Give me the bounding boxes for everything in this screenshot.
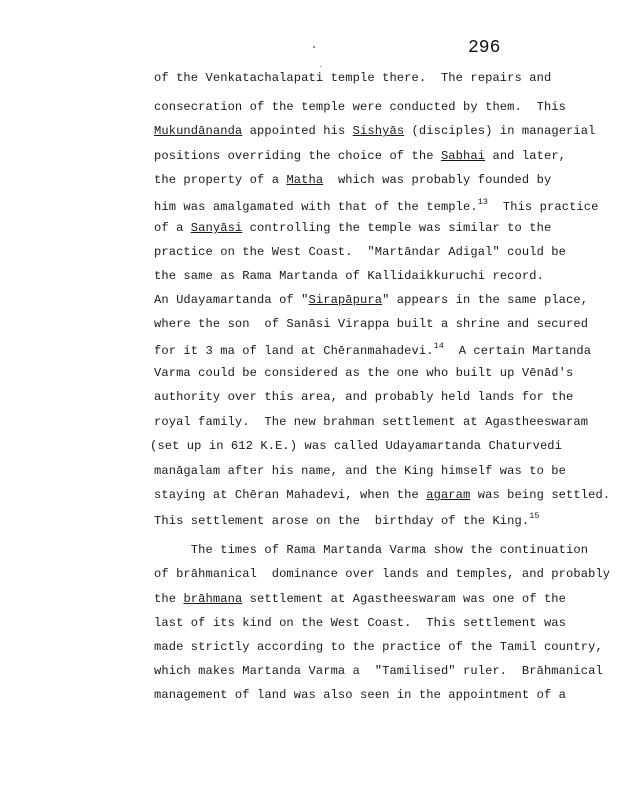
text-line: (set up in 612 K.E.) was called Udayamar…	[150, 439, 562, 453]
text-line: the same as Rama Martanda of Kallidaikku…	[154, 269, 544, 283]
text-line: consecration of the temple were conducte…	[154, 100, 566, 114]
text-segment: appointed his	[242, 124, 352, 138]
text-line: This settlement arose on the birthday of…	[154, 511, 540, 528]
text-line: made strictly according to the practice …	[154, 640, 603, 654]
text-segment: (disciples) in managerial	[404, 124, 595, 138]
term-sabhai: Sabhai	[441, 149, 485, 163]
text-segment: This practice	[488, 200, 598, 214]
paragraph-start-line: The times of Rama Martanda Varma show th…	[154, 543, 588, 557]
text-segment: " appears in the same place,	[382, 293, 588, 307]
text-line: him was amalgamated with that of the tem…	[154, 197, 599, 214]
text-segment: controlling the temple was similar to th…	[242, 221, 551, 235]
text-line: practice on the West Coast. "Martāndar A…	[154, 245, 566, 259]
text-segment: staying at Chēran Mahadevi, when the	[154, 488, 426, 502]
scan-speck	[320, 66, 321, 67]
footnote-ref-13: 13	[478, 197, 488, 207]
text-line: Mukundānanda appointed his Sishyās (disc…	[154, 124, 595, 138]
text-line: royal family. The new brahman settlement…	[154, 415, 588, 429]
text-line: the property of a Matha which was probab…	[154, 173, 551, 187]
text-line: of a Sanyāsi controlling the temple was …	[154, 221, 551, 235]
text-line: for it 3 ma of land at Chēranmahadevi.14…	[154, 341, 591, 358]
footnote-ref-14: 14	[434, 341, 444, 351]
text-segment: positions overriding the choice of the	[154, 149, 441, 163]
text-segment: for it 3 ma of land at Chēranmahadevi.	[154, 344, 434, 358]
text-segment: An Udayamartanda of "	[154, 293, 309, 307]
text-line: management of land was also seen in the …	[154, 688, 566, 702]
text-line: of brāhmanical dominance over lands and …	[154, 567, 610, 581]
text-segment: which was probably founded by	[323, 173, 551, 187]
text-segment: and later,	[485, 149, 566, 163]
text-segment: This settlement arose on the birthday of…	[154, 514, 529, 528]
term-sishyas: Sishyās	[353, 124, 405, 138]
term-brahmana: brāhmana	[183, 592, 242, 606]
scan-speck	[313, 46, 315, 48]
text-line: An Udayamartanda of "Sirapāpura" appears…	[154, 293, 588, 307]
page-number: 296	[468, 38, 500, 58]
text-line: the brāhmana settlement at Agastheeswara…	[154, 592, 566, 606]
text-line: which makes Martanda Varma a "Tamilised"…	[154, 664, 603, 678]
text-segment: the	[154, 592, 183, 606]
text-line: positions overriding the choice of the S…	[154, 149, 566, 163]
text-line: where the son of Sanāsi Virappa built a …	[154, 317, 588, 331]
term-sanyasi: Sanyāsi	[191, 221, 243, 235]
term-agaram: agaram	[426, 488, 470, 502]
text-segment: A certain Martanda	[444, 344, 591, 358]
text-segment: the property of a	[154, 173, 286, 187]
text-line: last of its kind on the West Coast. This…	[154, 616, 566, 630]
term-matha: Matha	[286, 173, 323, 187]
text-line: Varma could be considered as the one who…	[154, 366, 573, 380]
text-segment: settlement at Agastheeswaram was one of …	[242, 592, 566, 606]
term-sirapapura: Sirapāpura	[309, 293, 383, 307]
text-line: manāgalam after his name, and the King h…	[154, 464, 566, 478]
term-mukundananda: Mukundānanda	[154, 124, 242, 138]
text-segment: him was amalgamated with that of the tem…	[154, 200, 478, 214]
text-line: staying at Chēran Mahadevi, when the aga…	[154, 488, 610, 502]
text-segment: of a	[154, 221, 191, 235]
text-line: of the Venkatachalapati temple there. Th…	[154, 71, 551, 85]
text-line: authority over this area, and probably h…	[154, 390, 573, 404]
footnote-ref-15: 15	[529, 511, 539, 521]
text-segment: was being settled.	[470, 488, 610, 502]
